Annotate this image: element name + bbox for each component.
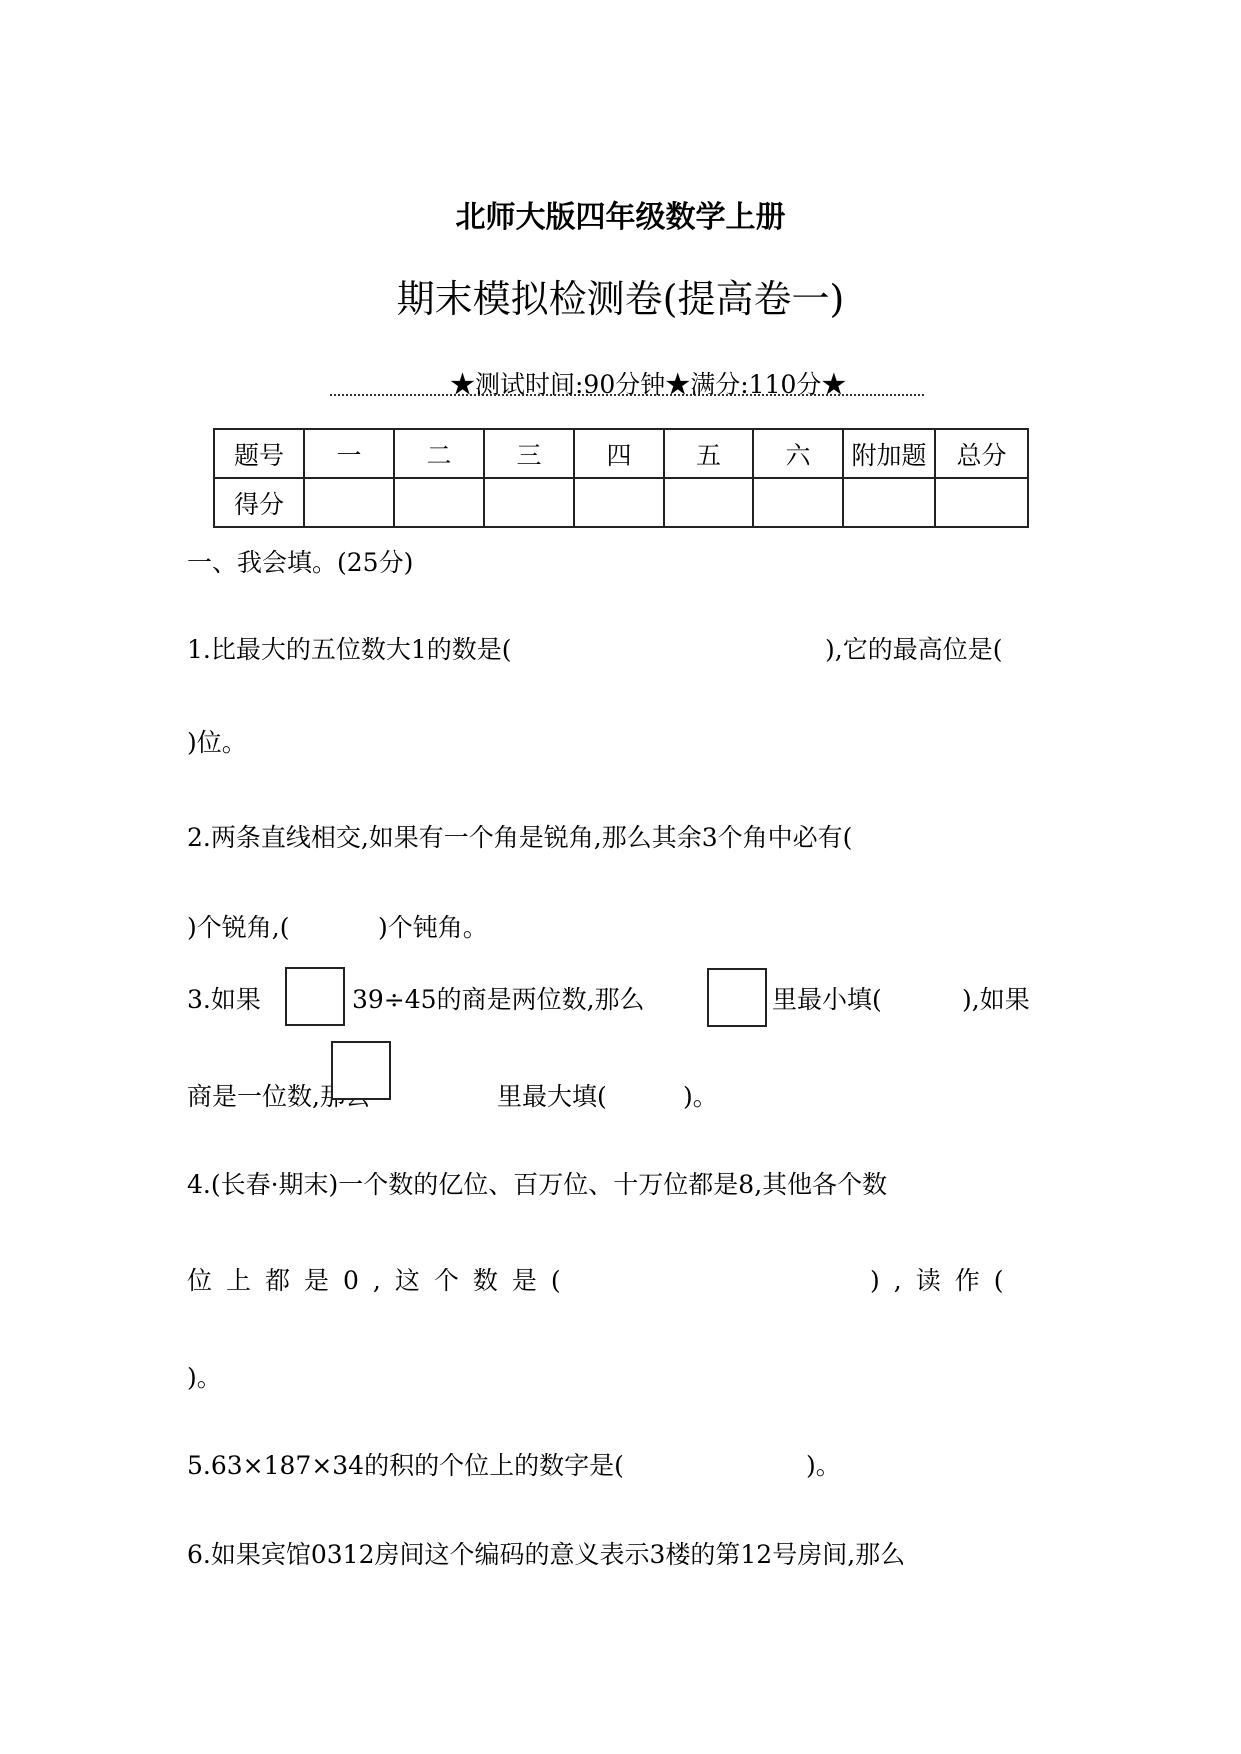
dotted-divider: [330, 394, 924, 396]
header-cell: 五: [664, 429, 753, 478]
score-cell[interactable]: [394, 478, 484, 527]
q3-text-f: 里最大填(: [497, 1082, 607, 1112]
score-row-label: 得分: [214, 478, 304, 527]
section-heading: 一、我会填。(25分): [187, 548, 413, 578]
score-cell[interactable]: [843, 478, 935, 527]
score-cell[interactable]: [753, 478, 843, 527]
score-table: 题号 一 二 三 四 五 六 附加题 总分 得分: [213, 428, 1029, 528]
score-table-header-row: 题号 一 二 三 四 五 六 附加题 总分: [214, 429, 1028, 478]
header-cell: 题号: [214, 429, 304, 478]
header-cell: 总分: [935, 429, 1028, 478]
header-cell: 三: [484, 429, 574, 478]
q1-text-b: ),它的最高位是(: [825, 635, 1002, 665]
page-subtitle: 期末模拟检测卷(提高卷一): [0, 268, 1241, 323]
q3-text-c: 里最小填(: [772, 985, 882, 1015]
q3-text-b: 39÷45的商是两位数,那么: [352, 985, 645, 1015]
score-cell[interactable]: [935, 478, 1028, 527]
header-cell: 附加题: [843, 429, 935, 478]
score-cell[interactable]: [484, 478, 574, 527]
q3-text-g: )。: [683, 1082, 718, 1112]
q5-text-b: )。: [806, 1451, 841, 1481]
q3-text-a: 3.如果: [187, 985, 261, 1015]
header-cell: 二: [394, 429, 484, 478]
header-cell: 六: [753, 429, 843, 478]
q2-text-b: )个锐角,(: [187, 913, 289, 943]
q4-text-a: 4.(长春·期末)一个数的亿位、百万位、十万位都是8,其他各个数: [187, 1170, 887, 1200]
score-table-score-row: 得分: [214, 478, 1028, 527]
answer-box[interactable]: [285, 967, 345, 1026]
q1-text-a: 1.比最大的五位数大1的数是(: [187, 635, 512, 665]
score-cell[interactable]: [304, 478, 394, 527]
answer-box[interactable]: [707, 968, 767, 1027]
score-cell[interactable]: [664, 478, 753, 527]
answer-box[interactable]: [331, 1041, 391, 1100]
q4-text-c: ),读作(: [870, 1266, 1017, 1296]
q4-text-b: 位上都是0,这个数是(: [187, 1266, 575, 1296]
header-cell: 一: [304, 429, 394, 478]
q4-text-d: )。: [187, 1363, 222, 1393]
q5-text-a: 5.63×187×34的积的个位上的数字是(: [187, 1451, 624, 1481]
q2-text-a: 2.两条直线相交,如果有一个角是锐角,那么其余3个角中必有(: [187, 823, 852, 853]
page-title: 北师大版四年级数学上册: [0, 192, 1241, 236]
score-cell[interactable]: [574, 478, 664, 527]
q3-text-d: ),如果: [962, 985, 1030, 1015]
header-cell: 四: [574, 429, 664, 478]
q2-text-c: )个钝角。: [378, 913, 488, 943]
q1-text-c: )位。: [187, 728, 247, 758]
q6-text-a: 6.如果宾馆0312房间这个编码的意义表示3楼的第12号房间,那么: [187, 1540, 905, 1570]
